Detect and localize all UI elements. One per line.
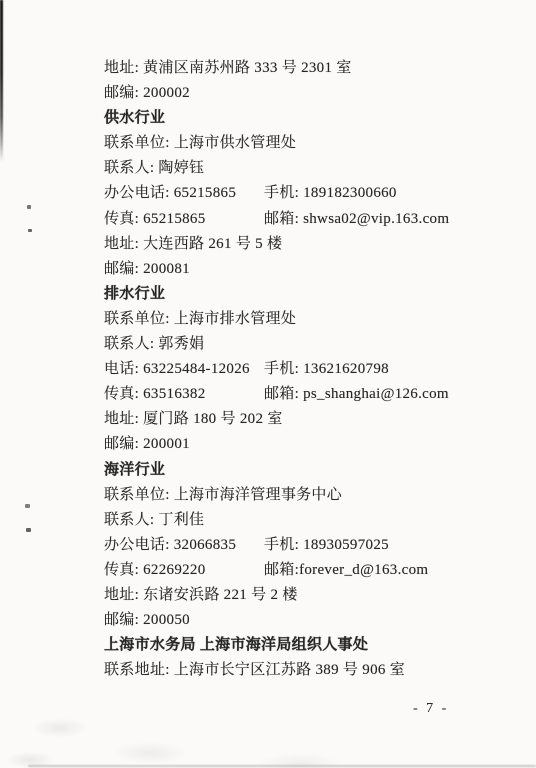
- line-text: 地址: 大连西路 261 号 5 楼: [104, 232, 282, 257]
- document-line: 邮编: 200081: [104, 257, 528, 282]
- scan-edge-artifact: [0, 0, 3, 162]
- line-text: 联系人: 丁利佳: [104, 508, 204, 533]
- line-text: 办公电话: 65215865: [104, 181, 236, 206]
- document-line: 电话: 63225484-12026 手机: 13621620798: [104, 357, 528, 382]
- scan-speck: [25, 504, 30, 508]
- document-line: 传真: 62269220 邮箱:forever_d@163.com: [104, 558, 528, 583]
- line-text: 联系单位: 上海市海洋管理事务中心: [104, 483, 342, 508]
- scan-speck: [27, 205, 31, 209]
- document-line: 地址: 大连西路 261 号 5 楼: [104, 232, 528, 257]
- document-line: 联系地址: 上海市长宁区江苏路 389 号 906 室: [104, 658, 528, 683]
- document-line: 海洋行业: [104, 458, 528, 483]
- line-text: 邮编: 200002: [104, 81, 190, 106]
- line-text-col2: 手机: 18930597025: [264, 533, 389, 558]
- document-line: 地址: 黄浦区南苏州路 333 号 2301 室: [104, 56, 528, 81]
- scan-bottom-edge-artifact: [28, 765, 536, 767]
- line-text: 联系人: 郭秀娟: [104, 332, 204, 357]
- line-text: 供水行业: [104, 106, 165, 131]
- line-text: 电话: 63225484-12026: [104, 357, 250, 382]
- document-line: 地址: 厦门路 180 号 202 室: [104, 407, 528, 432]
- document-line: 传真: 63516382 邮箱: ps_shanghai@126.com: [104, 382, 528, 407]
- line-text: 传真: 65215865: [104, 207, 206, 232]
- page-number: - 7 -: [413, 701, 449, 717]
- document-line: 邮编: 200050: [104, 608, 528, 633]
- line-text: 邮编: 200050: [104, 608, 190, 633]
- line-text: 联系地址: 上海市长宁区江苏路 389 号 906 室: [104, 658, 405, 683]
- line-text: 排水行业: [104, 282, 165, 307]
- line-text: 传真: 62269220: [104, 558, 206, 583]
- line-text-col2: 手机: 189182300660: [264, 181, 397, 206]
- document-line: 联系单位: 上海市排水管理处: [104, 307, 528, 332]
- document-line: 上海市水务局 上海市海洋局组织人事处: [104, 633, 528, 658]
- line-text: 上海市水务局 上海市海洋局组织人事处: [104, 633, 368, 658]
- document-line: 传真: 65215865 邮箱: shwsa02@vip.163.com: [104, 207, 528, 232]
- document-line: 邮编: 200001: [104, 432, 528, 457]
- line-text: 办公电话: 32066835: [104, 533, 236, 558]
- scan-speck: [28, 229, 32, 232]
- document-line: 办公电话: 32066835 手机: 18930597025: [104, 533, 528, 558]
- line-text: 联系人: 陶婷钰: [104, 156, 204, 181]
- line-text-col2: 邮箱: shwsa02@vip.163.com: [264, 207, 449, 232]
- document-line: 联系单位: 上海市海洋管理事务中心: [104, 483, 528, 508]
- scanned-document-page: 地址: 黄浦区南苏州路 333 号 2301 室 邮编: 200002 供水行业…: [0, 0, 536, 768]
- line-text: 联系单位: 上海市供水管理处: [104, 131, 296, 156]
- line-text: 传真: 63516382: [104, 382, 206, 407]
- line-text: 邮编: 200081: [104, 257, 190, 282]
- line-text: 地址: 厦门路 180 号 202 室: [104, 407, 283, 432]
- document-line: 联系人: 丁利佳: [104, 508, 528, 533]
- document-line: 邮编: 200002: [104, 81, 528, 106]
- line-text-col2: 手机: 13621620798: [264, 357, 389, 382]
- line-text: 邮编: 200001: [104, 432, 190, 457]
- document-line: 联系单位: 上海市供水管理处: [104, 131, 528, 156]
- document-line: 联系人: 郭秀娟: [104, 332, 528, 357]
- line-text: 地址: 东诸安浜路 221 号 2 楼: [104, 583, 298, 608]
- document-line: 办公电话: 65215865 手机: 189182300660: [104, 181, 528, 206]
- document-line: 排水行业: [104, 282, 528, 307]
- line-text: 地址: 黄浦区南苏州路 333 号 2301 室: [104, 56, 352, 81]
- scan-speck: [26, 528, 31, 532]
- line-text-col2: 邮箱: ps_shanghai@126.com: [264, 382, 449, 407]
- document-line: 地址: 东诸安浜路 221 号 2 楼: [104, 583, 528, 608]
- line-text-col2: 邮箱:forever_d@163.com: [264, 558, 428, 583]
- line-text: 联系单位: 上海市排水管理处: [104, 307, 296, 332]
- document-line: 联系人: 陶婷钰: [104, 156, 528, 181]
- document-line: 供水行业: [104, 106, 528, 131]
- line-text: 海洋行业: [104, 458, 165, 483]
- document-body: 地址: 黄浦区南苏州路 333 号 2301 室 邮编: 200002 供水行业…: [104, 56, 528, 683]
